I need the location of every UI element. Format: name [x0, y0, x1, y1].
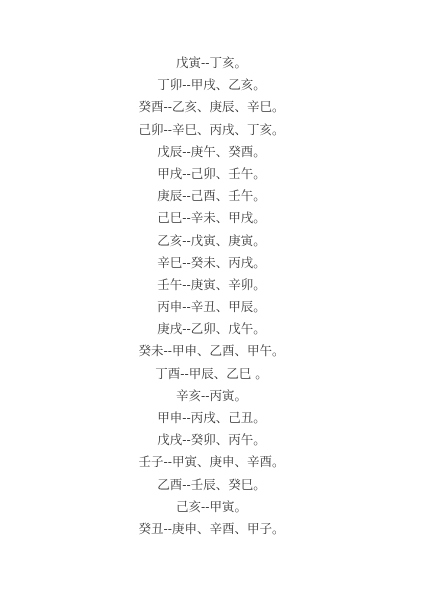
text-line: 庚戌--乙卯、戊午。	[0, 318, 423, 340]
text-line: 己亥--甲寅。	[0, 496, 423, 518]
text-line: 乙亥--戊寅、庚寅。	[0, 230, 423, 252]
text-line: 乙酉--壬辰、癸巳。	[0, 474, 423, 496]
text-line: 丁酉--甲辰、乙巳 。	[0, 363, 423, 385]
text-line: 丁卯--甲戌、乙亥。	[0, 74, 423, 96]
text-line: 戊辰--庚午、癸酉。	[0, 141, 423, 163]
text-line: 庚辰--己酉、壬午。	[0, 185, 423, 207]
text-line: 癸未--甲申、乙酉、甲午。	[0, 340, 423, 362]
text-line: 己巳--辛未、甲戌。	[0, 207, 423, 229]
text-line: 辛亥--丙寅。	[0, 385, 423, 407]
text-line: 癸酉--乙亥、庚辰、辛巳。	[0, 96, 423, 118]
text-line: 己卯--辛巳、丙戌、丁亥。	[0, 119, 423, 141]
document-page: 戊寅--丁亥。 丁卯--甲戌、乙亥。 癸酉--乙亥、庚辰、辛巳。 己卯--辛巳、…	[0, 0, 423, 600]
text-line: 辛巳--癸未、丙戌。	[0, 252, 423, 274]
text-line: 癸丑--庚申、辛酉、甲子。	[0, 518, 423, 540]
text-lines: 戊寅--丁亥。 丁卯--甲戌、乙亥。 癸酉--乙亥、庚辰、辛巳。 己卯--辛巳、…	[0, 52, 423, 540]
text-line: 甲戌--己卯、壬午。	[0, 163, 423, 185]
text-line: 戊戌--癸卯、丙午。	[0, 429, 423, 451]
text-line: 壬午--庚寅、辛卯。	[0, 274, 423, 296]
text-line: 壬子--甲寅、庚申、辛酉。	[0, 451, 423, 473]
text-line: 戊寅--丁亥。	[0, 52, 423, 74]
text-line: 甲申--丙戌、己丑。	[0, 407, 423, 429]
text-line: 丙申--辛丑、甲辰。	[0, 296, 423, 318]
